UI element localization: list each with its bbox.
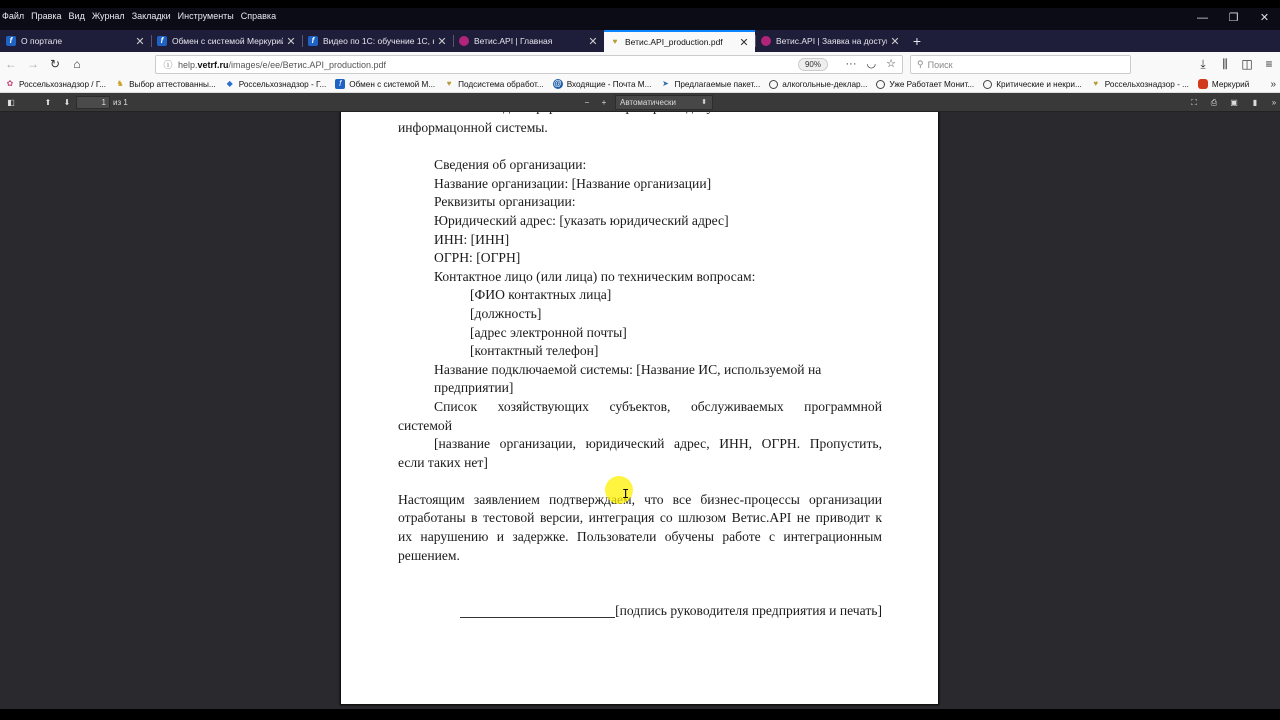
- flower-icon: ✿: [5, 79, 15, 89]
- close-tab-icon[interactable]: ✕: [132, 35, 148, 48]
- doc-line: Реквизиты организации:: [398, 193, 882, 212]
- menu-list: Файл Правка Вид Журнал Закладки Инструме…: [2, 11, 276, 21]
- tab-vetis-pdf[interactable]: ♥ Ветис.API_production.pdf ✕: [604, 30, 755, 52]
- pocket-icon[interactable]: ◡: [867, 56, 877, 73]
- back-icon[interactable]: ←: [0, 57, 22, 71]
- bookmark-item[interactable]: fОбмен с системой М...: [335, 79, 435, 89]
- previous-page-icon[interactable]: ⬆: [40, 93, 56, 112]
- doc-line: Список хозяйствующих субъектов, обслужив…: [398, 398, 882, 417]
- bookmark-star-icon[interactable]: ☆: [886, 56, 896, 73]
- doc-line: отработаны в тестовой версии, интеграция…: [398, 509, 882, 528]
- info-icon[interactable]: ⓘ: [160, 58, 176, 71]
- bookmark-item[interactable]: ◆Россельхознадзор - Г...: [225, 79, 327, 89]
- menu-history[interactable]: Журнал: [92, 11, 125, 21]
- close-window-icon[interactable]: ✕: [1249, 8, 1280, 28]
- globe-icon: [983, 80, 992, 89]
- menu-bar: Файл Правка Вид Журнал Закладки Инструме…: [0, 0, 1280, 30]
- tab-1c-video[interactable]: f Видео по 1С: обучение 1С, ку ✕: [302, 30, 453, 52]
- top-strip: [0, 0, 1280, 8]
- portal-f-icon: f: [157, 36, 167, 46]
- doc-line: информацонной системы.: [398, 119, 882, 138]
- tools-menu-icon[interactable]: »: [1268, 93, 1280, 112]
- doc-line: системой: [398, 417, 882, 436]
- doc-line: [должность]: [398, 305, 882, 324]
- bookmarks-bar: ✿Россельхознадзор / Г... ♞Выбор аттестов…: [0, 76, 1280, 93]
- bookmark-item[interactable]: ♥Подсистема обработ...: [444, 79, 544, 89]
- signature-underline: [460, 617, 615, 618]
- doc-line: предприятии]: [398, 379, 882, 398]
- signature-text: [подпись руководителя предприятия и печа…: [615, 602, 882, 621]
- search-placeholder: Поиск: [928, 60, 953, 70]
- bookmark-item[interactable]: ♥Россельхознадзор - ...: [1091, 79, 1189, 89]
- next-page-icon[interactable]: ⬇: [59, 93, 75, 112]
- menu-edit[interactable]: Правка: [31, 11, 61, 21]
- pdf-viewer[interactable]: шлюза Ветис.API для оформления ветеринар…: [0, 112, 1280, 709]
- download-icon[interactable]: ⤓: [1192, 57, 1214, 72]
- blank-line: [398, 472, 882, 491]
- tab-title: Ветис.API_production.pdf: [625, 37, 736, 47]
- mail-icon: @: [553, 79, 563, 89]
- doc-line: [название организации, юридический адрес…: [398, 435, 882, 454]
- tab-title: Ветис.API | Заявка на доступ: [776, 36, 887, 46]
- bookmark-item[interactable]: @Входящие - Почта М...: [553, 79, 652, 89]
- bookmarks-overflow-icon[interactable]: »: [1270, 79, 1276, 90]
- emblem-icon: ♥: [1091, 79, 1101, 89]
- doc-line: их нарушению и задержке. Пользователи об…: [398, 528, 882, 547]
- tab-title: Обмен с системой Меркурий: [172, 36, 283, 46]
- pdf-page: шлюза Ветис.API для оформления ветеринар…: [340, 112, 939, 705]
- tab-title: Видео по 1С: обучение 1С, ку: [323, 36, 434, 46]
- blank-line: [398, 584, 882, 603]
- tab-vetis-request[interactable]: Ветис.API | Заявка на доступ ✕: [755, 30, 906, 52]
- signature-line: [подпись руководителя предприятия и печа…: [398, 602, 882, 621]
- zoom-level-badge[interactable]: 90%: [798, 58, 828, 71]
- doc-line: Контактное лицо (или лица) по технически…: [398, 268, 882, 287]
- doc-line: ИНН: [ИНН]: [398, 231, 882, 250]
- emblem-icon: ♥: [444, 79, 454, 89]
- tab-about-portal[interactable]: f О портале ✕: [0, 30, 151, 52]
- bookmark-item[interactable]: Уже Работает Монит...: [876, 80, 974, 89]
- forward-icon[interactable]: →: [22, 57, 44, 71]
- url-bar[interactable]: ⓘ help.vetrf.ru/images/e/ee/Ветис.API_pr…: [155, 55, 903, 74]
- library-icon[interactable]: ⫼: [1214, 57, 1236, 72]
- menu-bookmarks[interactable]: Закладки: [132, 11, 171, 21]
- close-tab-icon[interactable]: ✕: [887, 35, 903, 48]
- vetis-icon: [459, 36, 469, 46]
- blank-line: [398, 138, 882, 157]
- portal-f-icon: f: [335, 79, 345, 89]
- restore-icon[interactable]: ❐: [1218, 8, 1249, 28]
- globe-icon: [876, 80, 885, 89]
- blue-square-icon: ◆: [225, 79, 235, 89]
- toolbar-right: ⤓ ⫼ ◫ ≡: [1192, 52, 1280, 76]
- doc-line: если таких нет]: [398, 454, 882, 473]
- pdf-toolbar: ◧ ⬆ ⬇ 1 из 1 − + Автоматически⬍ ⛶ ⎙ ▣ ▮ …: [0, 93, 1280, 112]
- doc-line: решением.: [398, 547, 882, 566]
- bottom-edge: [0, 709, 1280, 720]
- page-actions: ··· ◡ ☆: [846, 56, 896, 73]
- doc-line: Юридический адрес: [указать юридический …: [398, 212, 882, 231]
- doc-line: [контактный телефон]: [398, 342, 882, 361]
- close-tab-icon[interactable]: ✕: [283, 35, 299, 48]
- menu-file[interactable]: Файл: [2, 11, 24, 21]
- bookmark-item[interactable]: Меркурий: [1198, 79, 1249, 89]
- doc-line: Настоящим заявлением подтверждаем, что в…: [398, 491, 882, 510]
- minimize-icon[interactable]: —: [1187, 8, 1218, 28]
- doc-line: Название организации: [Название организа…: [398, 175, 882, 194]
- tab-title: О портале: [21, 36, 132, 46]
- url-text: help.vetrf.ru/images/e/ee/Ветис.API_prod…: [178, 60, 386, 70]
- pdf-emblem-icon: ♥: [610, 37, 620, 47]
- new-tab-button[interactable]: +: [906, 30, 928, 52]
- portal-f-icon: f: [6, 36, 16, 46]
- sidebar-toggle-icon[interactable]: ◧: [3, 93, 19, 112]
- page-text: шлюза Ветис.API для оформления ветеринар…: [398, 112, 882, 621]
- hamburger-menu-icon[interactable]: ≡: [1258, 57, 1280, 71]
- eagle-icon: ♞: [115, 79, 125, 89]
- bookmark-item[interactable]: Критические и некри...: [983, 80, 1082, 89]
- menu-help[interactable]: Справка: [241, 11, 276, 21]
- fish-icon: ➤: [660, 79, 670, 89]
- tab-bar: f О портале ✕ f Обмен с системой Меркури…: [0, 30, 1280, 52]
- presentation-mode-icon[interactable]: ⛶: [1186, 93, 1202, 112]
- tab-mercury-exchange[interactable]: f Обмен с системой Меркурий ✕: [151, 30, 302, 52]
- close-tab-icon[interactable]: ✕: [736, 36, 752, 49]
- blank-line: [398, 565, 882, 584]
- portal-f-icon: f: [308, 36, 318, 46]
- reload-icon[interactable]: ↻: [44, 57, 66, 71]
- home-icon[interactable]: ⌂: [66, 57, 88, 71]
- vetis-icon: [761, 36, 771, 46]
- menu-tools[interactable]: Инструменты: [178, 11, 234, 21]
- bookmark-item[interactable]: ✿Россельхознадзор / Г...: [5, 79, 106, 89]
- page-number-input[interactable]: 1: [76, 96, 110, 109]
- bookmark-item[interactable]: алкогольные-деклар...: [769, 80, 867, 89]
- zoom-in-button[interactable]: +: [597, 93, 611, 112]
- bookmark-item[interactable]: ➤Предлагаемые пакет...: [660, 79, 760, 89]
- print-icon[interactable]: ⎙: [1206, 93, 1222, 112]
- close-tab-icon[interactable]: ✕: [434, 35, 450, 48]
- doc-line: [адрес электронной почты]: [398, 324, 882, 343]
- doc-line: Название подключаемой системы: [Название…: [398, 361, 882, 380]
- search-input[interactable]: ⚲ Поиск: [910, 55, 1131, 74]
- navigation-bar: ← → ↻ ⌂ ⓘ help.vetrf.ru/images/e/ee/Вети…: [0, 52, 1280, 76]
- bookmark-view-icon[interactable]: ▮: [1247, 93, 1263, 112]
- more-actions-icon[interactable]: ···: [846, 56, 857, 73]
- doc-line: [ФИО контактных лица]: [398, 286, 882, 305]
- cut-off-line: шлюза Ветис.API для оформления ветеринар…: [398, 112, 882, 117]
- tab-vetis-home[interactable]: Ветис.API | Главная ✕: [453, 30, 604, 52]
- doc-line: Сведения об организации:: [398, 156, 882, 175]
- select-arrow-icon: ⬍: [701, 96, 707, 109]
- close-tab-icon[interactable]: ✕: [585, 35, 601, 48]
- save-download-icon[interactable]: ▣: [1226, 93, 1242, 112]
- search-icon: ⚲: [917, 59, 924, 70]
- sidebar-icon[interactable]: ◫: [1236, 57, 1258, 71]
- page-total: из 1: [113, 93, 133, 112]
- bookmark-item[interactable]: ♞Выбор аттестованны...: [115, 79, 216, 89]
- zoom-select[interactable]: Автоматически⬍: [615, 95, 713, 110]
- doc-line: ОГРН: [ОГРН]: [398, 249, 882, 268]
- menu-view[interactable]: Вид: [69, 11, 85, 21]
- zoom-out-button[interactable]: −: [580, 93, 594, 112]
- globe-icon: [769, 80, 778, 89]
- tab-title: Ветис.API | Главная: [474, 36, 585, 46]
- window-controls: — ❐ ✕: [1187, 8, 1280, 28]
- mercury-icon: [1198, 79, 1208, 89]
